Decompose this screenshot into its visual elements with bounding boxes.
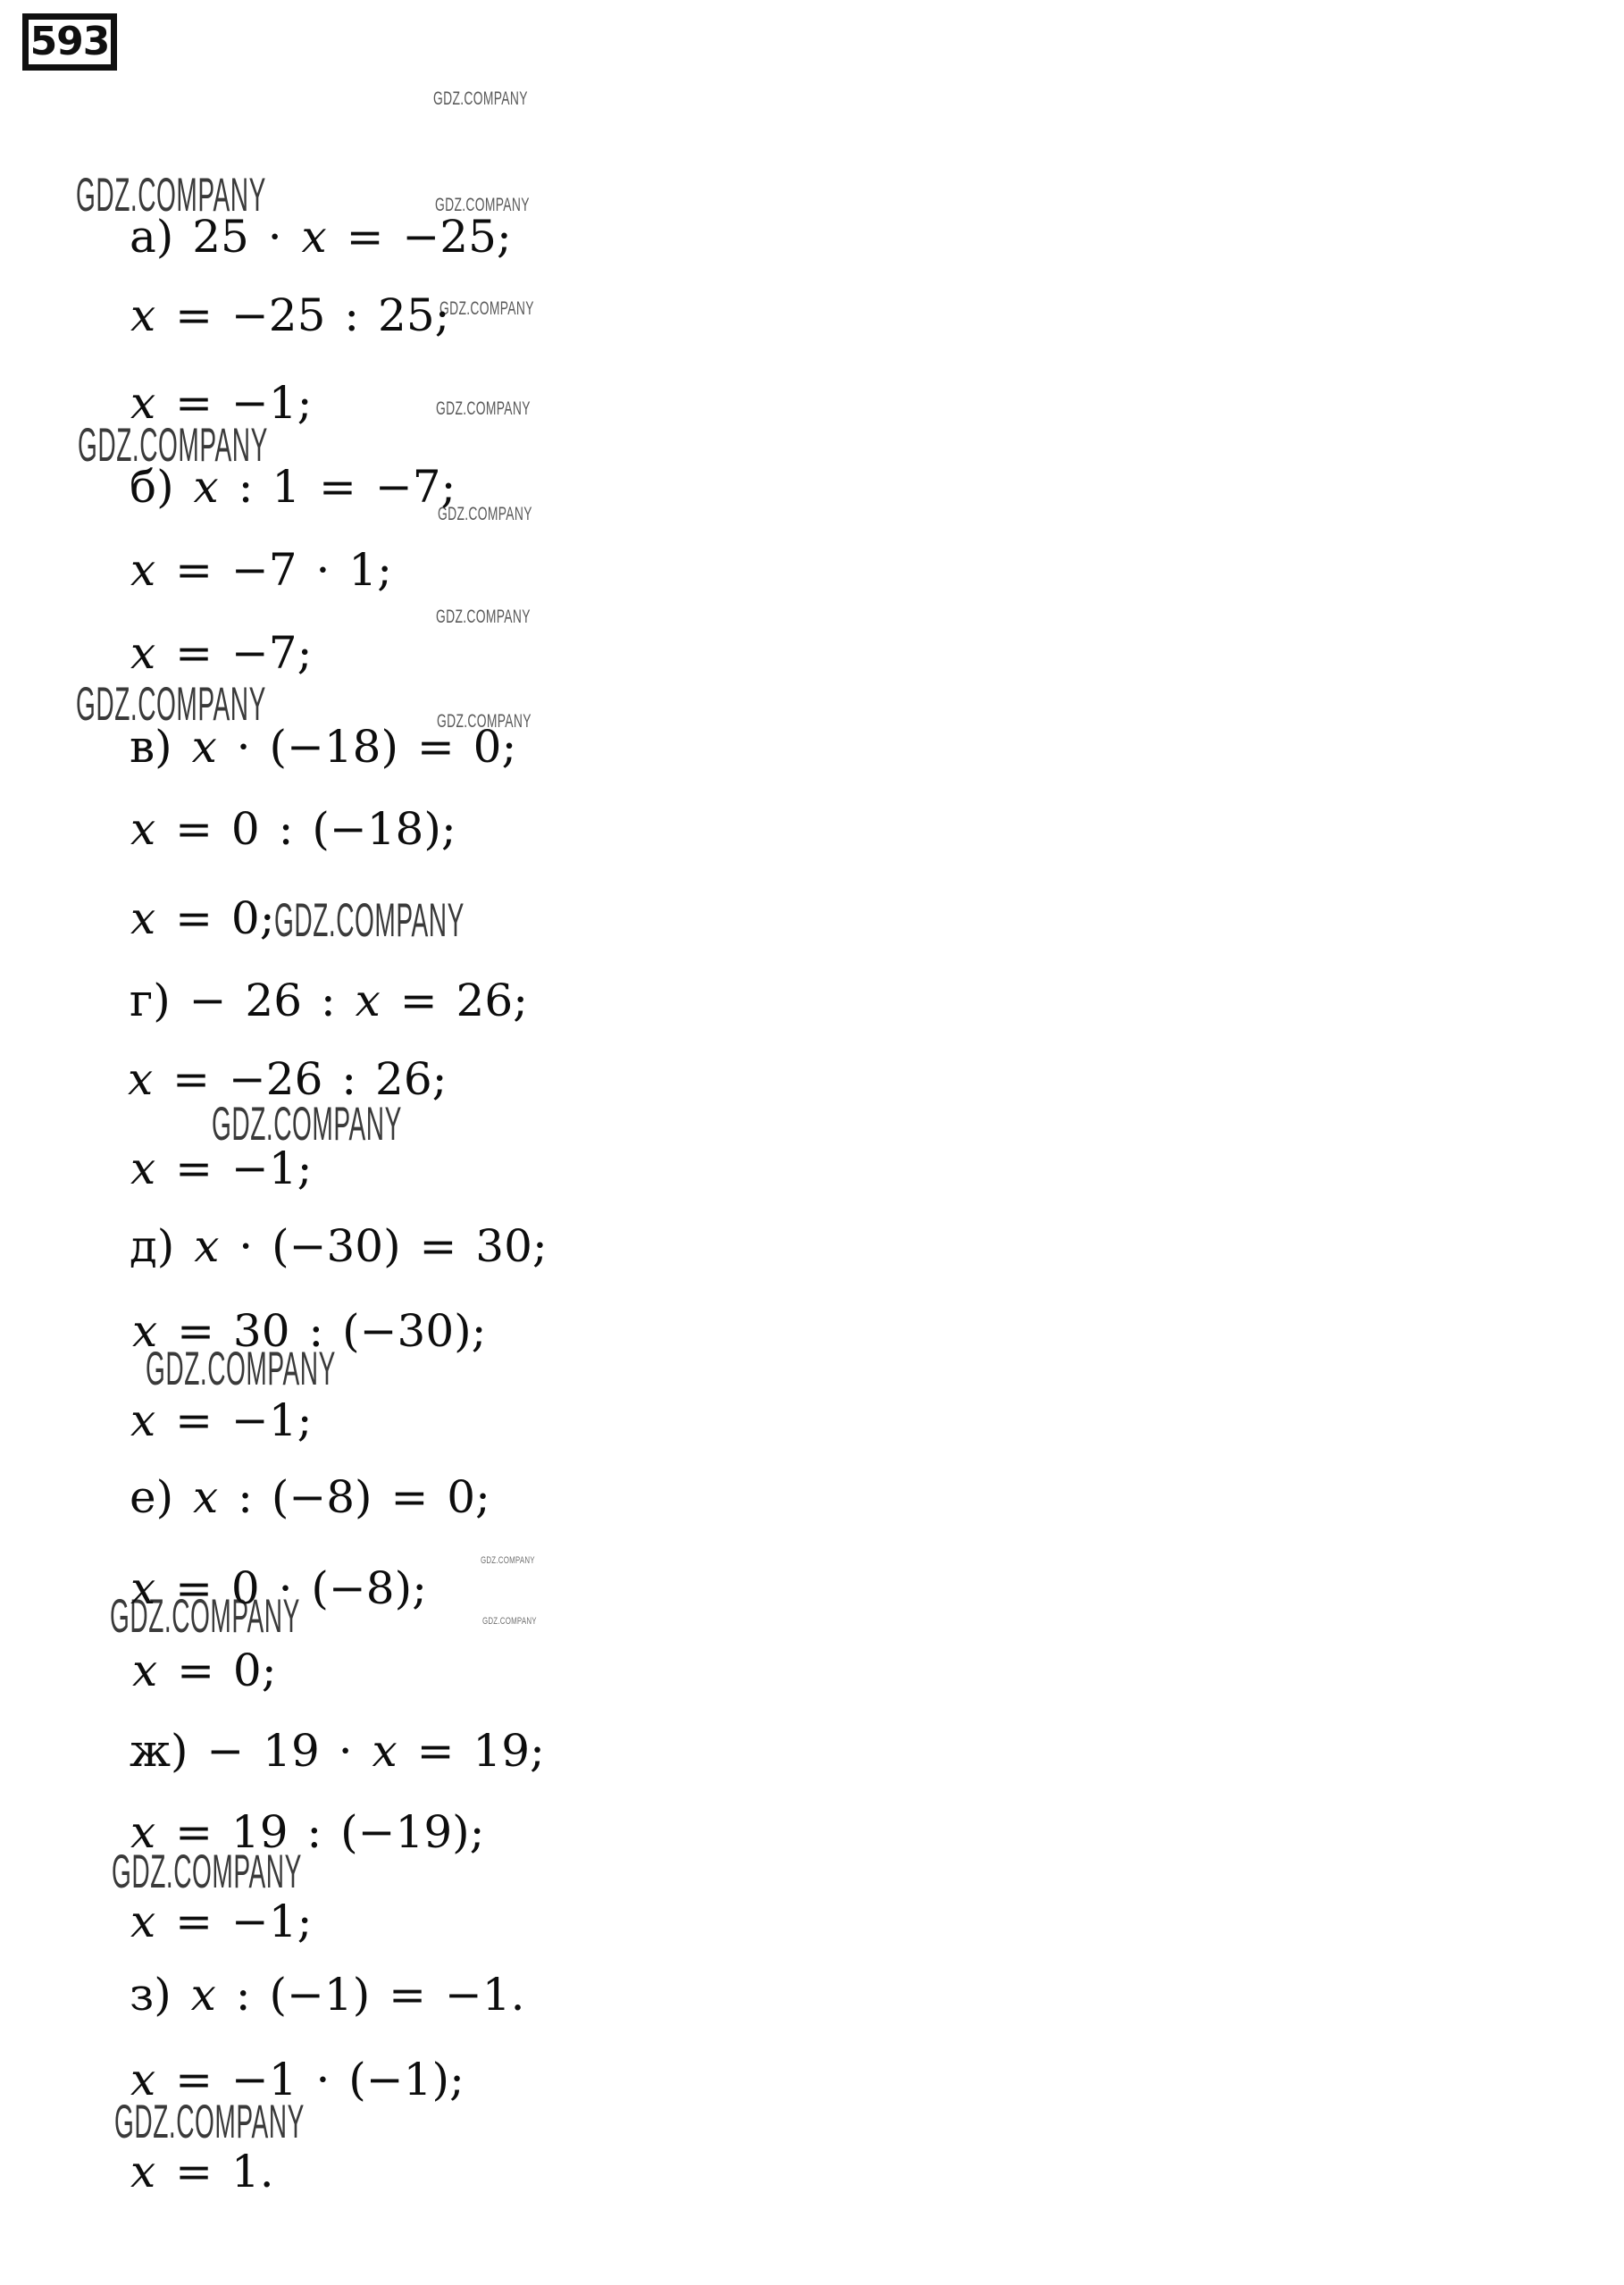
gdz-company-watermark: GDZ.COMPANY	[436, 607, 531, 626]
math-variable-x: x	[130, 544, 156, 596]
math-variable-x: x	[130, 1896, 156, 1947]
math-line: x = −7;	[130, 628, 312, 680]
gdz-company-watermark: GDZ.COMPANY	[274, 897, 465, 944]
math-line: x = 0;	[130, 893, 275, 945]
math-line: б) x : 1 = −7;	[130, 462, 456, 514]
math-variable-x: x	[130, 289, 156, 341]
problem-number: 593	[30, 22, 110, 62]
math-variable-x: x	[301, 211, 328, 263]
math-variable-x: x	[192, 1471, 219, 1523]
math-variable-x: x	[190, 1969, 217, 2021]
math-line: x = 0 · (−8);	[130, 1563, 427, 1615]
solution-page: 593 GDZ.COMPANYGDZ.COMPANYGDZ.COMPANYGDZ…	[0, 0, 1624, 2285]
math-variable-x: x	[193, 1220, 220, 1272]
math-line: x = −26 : 26;	[127, 1054, 448, 1106]
math-variable-x: x	[130, 2146, 156, 2197]
math-variable-x: x	[191, 721, 218, 773]
math-line: з) x : (−1) = −1.	[130, 1970, 525, 2021]
math-variable-x: x	[130, 1394, 156, 1446]
math-variable-x: x	[127, 1053, 154, 1105]
math-variable-x: x	[131, 1645, 158, 1696]
math-line: x = −7 · 1;	[130, 545, 392, 597]
problem-number-badge: 593	[22, 13, 117, 71]
math-line: x = −1;	[130, 1896, 312, 1948]
math-variable-x: x	[131, 1305, 158, 1357]
math-variable-x: x	[130, 803, 156, 855]
math-line: а) 25 · x = −25;	[130, 212, 512, 264]
math-line: x = 1.	[130, 2147, 274, 2198]
math-variable-x: x	[130, 627, 156, 679]
math-variable-x: x	[355, 975, 381, 1026]
math-line: д) x · (−30) = 30;	[130, 1221, 548, 1273]
math-line: x = −1 · (−1);	[130, 2055, 465, 2106]
gdz-company-watermark: GDZ.COMPANY	[212, 1101, 402, 1148]
math-line: x = −1;	[130, 1395, 312, 1447]
math-line: x = 30 : (−30);	[131, 1306, 487, 1358]
math-line: ж) − 19 · x = 19;	[130, 1726, 545, 1778]
math-variable-x: x	[130, 892, 156, 944]
gdz-company-watermark: GDZ.COMPANY	[436, 399, 531, 418]
math-variable-x: x	[130, 377, 156, 429]
math-line: е) x : (−8) = 0;	[130, 1472, 490, 1524]
math-variable-x: x	[372, 1725, 398, 1777]
math-line: x = −25 : 25;	[130, 290, 450, 342]
math-variable-x: x	[193, 461, 220, 513]
gdz-company-watermark: GDZ.COMPANY	[482, 1617, 537, 1627]
math-line: x = −1;	[130, 1143, 312, 1195]
gdz-company-watermark: GDZ.COMPANY	[433, 89, 528, 108]
math-variable-x: x	[130, 2054, 156, 2105]
math-line: x = 0 : (−18);	[130, 804, 456, 856]
math-line: г) − 26 : x = 26;	[130, 975, 528, 1027]
math-variable-x: x	[130, 1562, 156, 1614]
gdz-company-watermark: GDZ.COMPANY	[439, 299, 534, 318]
math-variable-x: x	[130, 1142, 156, 1194]
gdz-company-watermark: GDZ.COMPANY	[481, 1556, 535, 1566]
math-line: x = 0;	[131, 1645, 277, 1697]
math-line: x = −1;	[130, 378, 312, 430]
math-line: в) x · (−18) = 0;	[130, 722, 516, 774]
math-line: x = 19 : (−19);	[130, 1807, 485, 1859]
math-variable-x: x	[130, 1806, 156, 1858]
